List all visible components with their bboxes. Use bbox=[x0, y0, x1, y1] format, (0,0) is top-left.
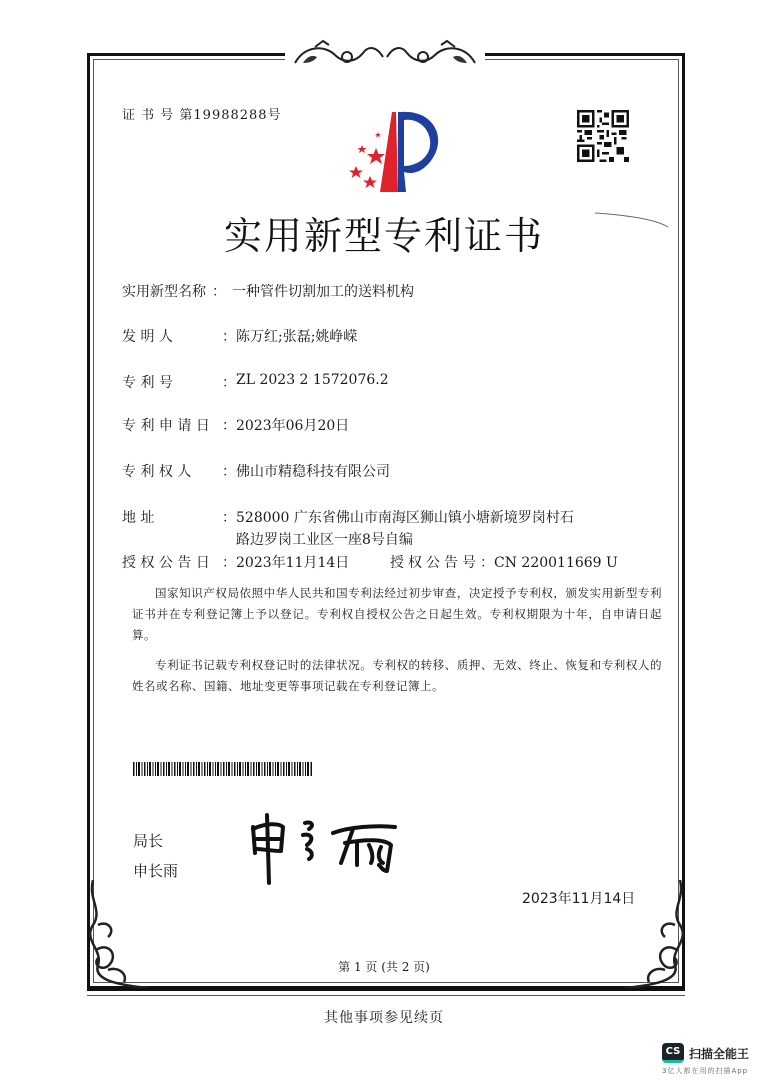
field-label: 专 利 申 请 日 bbox=[122, 415, 222, 435]
address-field: 地 址 ： 528000 广东省佛山市南海区狮山镇小塘新境罗岗村石 路边罗岗工业… bbox=[122, 507, 574, 551]
dragon-ornament-icon bbox=[285, 33, 485, 73]
field-label: 授 权 公 告 日 bbox=[122, 552, 222, 572]
field-label: 授权公告号 bbox=[390, 555, 480, 571]
field-separator: ： bbox=[222, 552, 236, 572]
label-char: 权 bbox=[159, 464, 173, 480]
camscanner-tagline: 3亿人都在用的扫描App bbox=[662, 1066, 748, 1076]
field-label: 专 利 权 人 bbox=[122, 461, 222, 481]
field-value: 佛山市精稳科技有限公司 bbox=[236, 461, 390, 481]
label-char: 人 bbox=[177, 464, 191, 480]
patentee-field: 专 利 权 人 ： 佛山市精稳科技有限公司 bbox=[122, 461, 390, 481]
label-char: 利 bbox=[140, 464, 154, 480]
field-separator: ： bbox=[222, 507, 236, 551]
label-char: 专 bbox=[122, 418, 136, 434]
field-label: 发 明 人 bbox=[122, 326, 222, 346]
label-char: 人 bbox=[159, 329, 173, 345]
field-separator: ： bbox=[480, 555, 494, 571]
grant-statement-paragraph: 国家知识产权局依照中华人民共和国专利法经过初步审查，决定授予专利权，颁发实用新型… bbox=[132, 583, 662, 646]
label-char: 专 bbox=[122, 464, 136, 480]
continuation-note: 其他事项参见续页 bbox=[0, 1007, 768, 1027]
field-separator: ： bbox=[222, 415, 236, 435]
grant-announcement-date-field: 授 权 公 告 日 ： 2023年11月14日 bbox=[122, 552, 349, 572]
field-label: 地 址 bbox=[122, 507, 222, 529]
label-char: 利 bbox=[140, 375, 154, 391]
camscanner-app-name: 扫描全能王 bbox=[689, 1045, 749, 1062]
qr-code bbox=[577, 110, 629, 162]
label-char: 利 bbox=[140, 418, 154, 434]
label-char: 申 bbox=[159, 418, 173, 434]
legal-status-paragraph: 专利证书记载专利权登记时的法律状况。专利权的转移、质押、无效、终止、恢复和专利权… bbox=[132, 655, 662, 697]
field-label: 实用新型名称 bbox=[122, 281, 206, 301]
field-separator: ： bbox=[212, 281, 226, 301]
field-value: CN 220011669 U bbox=[494, 555, 618, 571]
grant-announcement-number-field: 授权公告号：CN 220011669 U bbox=[390, 552, 618, 572]
barcode bbox=[133, 762, 313, 776]
handwritten-signature bbox=[245, 805, 405, 885]
label-char: 权 bbox=[140, 555, 154, 571]
director-title: 局长 bbox=[133, 830, 163, 851]
label-char: 日 bbox=[196, 418, 210, 434]
field-value: 2023年06月20日 bbox=[236, 415, 349, 435]
label-char: 号 bbox=[159, 375, 173, 391]
label-char: 日 bbox=[196, 555, 210, 571]
scan-artifact-line bbox=[500, 205, 670, 245]
field-value: 2023年11月14日 bbox=[236, 552, 349, 572]
label-char: 址 bbox=[140, 510, 154, 526]
camscanner-watermark: CS 扫描全能王 bbox=[662, 1043, 749, 1063]
label-char: 地 bbox=[122, 510, 136, 526]
inventor-field: 发 明 人 ： 陈万红;张磊;姚峥嵘 bbox=[122, 326, 357, 346]
address-line-1: 528000 广东省佛山市南海区狮山镇小塘新境罗岗村石 bbox=[236, 507, 574, 529]
patent-number-field: 专 利 号 ： ZL 2023 2 1572076.2 bbox=[122, 372, 389, 392]
field-separator: ： bbox=[222, 461, 236, 481]
field-separator: ： bbox=[222, 326, 236, 346]
label-char: 授 bbox=[122, 555, 136, 571]
field-value: 一种管件切割加工的送料机构 bbox=[232, 281, 414, 301]
camscanner-logo-icon: CS bbox=[662, 1043, 684, 1063]
bottom-border-rule bbox=[87, 988, 685, 996]
label-char: 发 bbox=[122, 329, 136, 345]
certificate-number: 证 书 号 第19988288号 bbox=[122, 104, 282, 123]
label-char: 明 bbox=[140, 329, 154, 345]
page-indicator: 第 1 页 (共 2 页) bbox=[0, 958, 768, 975]
field-value: ZL 2023 2 1572076.2 bbox=[236, 372, 389, 392]
label-char: 请 bbox=[177, 418, 191, 434]
field-separator: ： bbox=[222, 372, 236, 392]
field-value: 陈万红;张磊;姚峥嵘 bbox=[236, 326, 357, 346]
field-value: 528000 广东省佛山市南海区狮山镇小塘新境罗岗村石 路边罗岗工业区一座8号自… bbox=[236, 507, 574, 551]
signature-date: 2023年11月14日 bbox=[522, 888, 635, 908]
field-label: 专 利 号 bbox=[122, 372, 222, 392]
director-name: 申长雨 bbox=[133, 860, 178, 881]
application-date-field: 专 利 申 请 日 ： 2023年06月20日 bbox=[122, 415, 349, 435]
address-line-2: 路边罗岗工业区一座8号自编 bbox=[236, 529, 574, 551]
utility-model-name-field: 实用新型名称 ： 一种管件切割加工的送料机构 bbox=[122, 281, 414, 301]
label-char: 专 bbox=[122, 375, 136, 391]
cnipa-logo-icon bbox=[340, 100, 450, 200]
label-char: 公 bbox=[159, 555, 173, 571]
label-char: 告 bbox=[177, 555, 191, 571]
